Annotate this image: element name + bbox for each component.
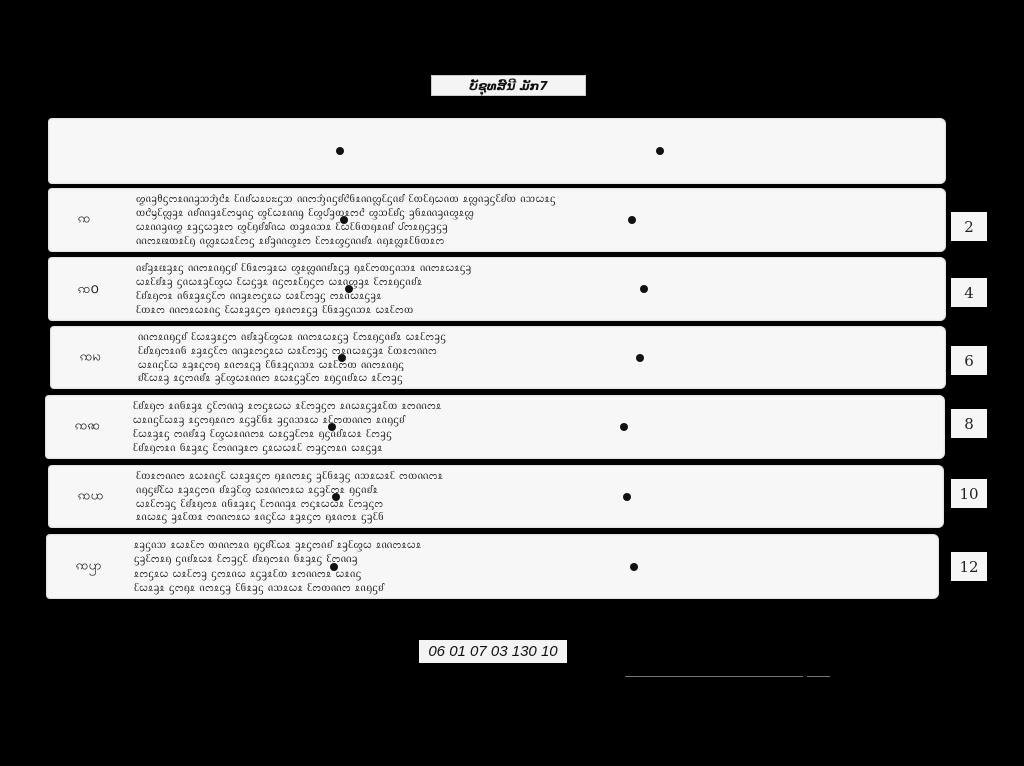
script-line: ᦸᦃᦓᦵᦉ ᦸᦍᦸᦷᦂ ᦎᦶᦂᦸᦵ ᦏᦓᦊᦷᦍᦸ ᦃᦸᦓᦂᦵᦊ ᦸᦃᦷᦐᦍ ᦸᦶ… — [134, 538, 889, 552]
string-hole — [338, 354, 346, 362]
page-number-box: 6 — [951, 346, 987, 375]
scale-bar-rule-tail — [807, 676, 830, 677]
leaf-text-block: ᦵᦊᦃᦸᦕᦃᦸᦓ ᦶᦂᦸᦵᦏᦓᦊ ᦷᦑᦸᦂᦃᦸᦍ ᦐᦸᦜᦶᦊᦸᦓᦃ ᦏᦸᦷᦂᦎᦓ… — [136, 261, 896, 317]
leaf-text-block: ᦸᦃᦓᦵᦉ ᦸᦍᦸᦷᦂ ᦎᦶᦂᦸᦵ ᦏᦓᦊᦷᦍᦸ ᦃᦸᦓᦂᦵᦊ ᦸᦃᦷᦐᦍ ᦸᦶ… — [134, 538, 889, 595]
leaf-side-number: ꩡ — [78, 211, 91, 230]
script-line: ᦎᦺᦙᦷᦜᦃᦸ ᦵᦊᦶᦃᦸᦷᦂᦙᦵᦓ ᦐᦷᦍᦸᦶᦇ ᦷᦐᦔᦃᦎᦸᦂᦺ ᦐᦉᦷᦊᦓ… — [136, 206, 896, 220]
string-hole — [623, 493, 631, 501]
script-line: ᦍᦸᦵᦓᦷᦍᦸᦃ ᦸᦓᦂᦏᦸᦵᦂ ᦸᦓᦃᦷᦑᦸ ᦃᦓᦵᦉᦸᦍ ᦸᦷᦂᦎᦶᦂ ᦸᦵ… — [133, 413, 895, 427]
leaf-text-block: ᦷᦊᦸᦏᦂ ᦸᦵᦑᦸᦃᦸ ᦓᦷᦂᦶᦃ ᦸᦂᦓᦸᦍᦍ ᦸᦷᦂᦃᦓᦂ ᦸᦵᦍᦸᦓᦃᦸ… — [133, 399, 895, 455]
leaf-page: ꩡꩢᦶᦂᦸᦵᦏᦓᦊ ᦷᦍᦸᦃᦸᦓᦂ ᦵᦊᦸᦃᦷᦐᦍᦸ ᦶᦂᦸᦍᦸᦓᦃ ᦷᦂᦸᦏᦓ… — [50, 326, 946, 389]
leaf-page: ꩡ꩐ᦵᦊᦃᦸᦕᦃᦸᦓ ᦶᦂᦸᦵᦏᦓᦊ ᦷᦑᦸᦂᦃᦸᦍ ᦐᦸᦜᦶᦊᦸᦓᦃ ᦏᦸᦷᦂ… — [48, 257, 946, 321]
script-line: ᦍᦸᦶᦃᦵᦖ ᦸᦃᦓᦍᦃᦸᦂ ᦐᦷᦏᦊᦾᦵᦍ ᦎᦃᦸᦵᦉᦸ ᦷᦍᦷᦑᦎᦏᦸᦵᦊ … — [136, 220, 896, 234]
script-line: ᦓᦃᦷᦂᦸᦏ ᦓᦵᦊᦸᦍᦸ ᦷᦂᦃᦓᦷ ᦊᦸᦏᦂᦸᦵ ᦑᦸᦃᦸᦓ ᦷᦂᦶᦃ — [134, 552, 889, 566]
script-line: ᦍᦸᦷᦊᦸᦃ ᦓᦵᦍᦸᦃᦷᦐᦍ ᦷᦍᦓᦃᦸ ᦵᦓᦂᦸᦷᦏᦓᦂ ᦍᦸᦵᦐᦃᦸ ᦷᦂ… — [136, 275, 896, 289]
scale-bar-rule — [625, 676, 803, 677]
leaf-text-block: ᦖᦵᦃᦲᦓᦂᦸᦶᦃᦉᦁᦺᦸ ᦷᦵᦊᦍᦸᦢᦰᦓᦉ ᦶᦂᦁᦵᦓᦊᦺᦑᦸᦶᦜᦷᦓᦵᦊ … — [136, 192, 896, 248]
script-line: ᦖᦵᦃᦲᦓᦂᦸᦶᦃᦉᦁᦺᦸ ᦷᦵᦊᦍᦸᦢᦰᦓᦉ ᦶᦂᦁᦵᦓᦊᦺᦑᦸᦶᦜᦷᦓᦵᦊ … — [136, 192, 896, 206]
manuscript-title-label: ບັຊຸທສົນີ ມັກ7 — [431, 75, 586, 96]
script-line: ᦷᦍᦸᦃᦸᦓ ᦂᦵᦊᦸᦃ ᦷᦐᦍᦸᦶᦂᦸ ᦍᦸᦓᦃᦷᦂᦸ ᦏᦓᦵᦊᦸᦍᦸ ᦷᦂᦃ… — [133, 427, 895, 441]
string-hole — [630, 563, 638, 571]
script-line: ᦊᦷᦍᦸᦃ ᦸᦓᦂᦵᦊᦸ ᦃᦷᦐᦍᦸᦶᦂ ᦸᦍᦸᦓᦃᦷᦂ ᦸᦏᦓᦵᦊᦸᦍ ᦸᦷᦂ… — [138, 371, 896, 385]
leaf-side-number: ꩡꩥ — [76, 557, 101, 576]
string-hole — [345, 285, 353, 293]
string-hole — [656, 147, 664, 155]
script-line: ᦶᦂᦸᦵᦏᦓᦊ ᦷᦍᦸᦃᦸᦓᦂ ᦵᦊᦸᦃᦷᦐᦍᦸ ᦶᦂᦸᦍᦸᦓᦃ ᦷᦂᦸᦏᦓᦵᦊ… — [138, 330, 896, 344]
script-line: ᦶᦂᦸᦕᦎᦸᦷᦏ ᦵᦜᦸᦍᦸᦷᦂᦓ ᦸᦊᦃᦶᦐᦸᦂ ᦷᦂᦸᦐᦓᦶᦊᦸ ᦵᦏᦸᦜᦸ… — [136, 234, 896, 248]
leaf-text-block: ᦷᦎᦸᦂᦶᦂ ᦸᦍᦸᦵᦓᦷ ᦍᦸᦃᦸᦓᦂ ᦏᦸᦵᦂᦸᦓ ᦃᦷᦑᦸᦃᦓ ᦵᦉᦸᦍᦸ… — [136, 469, 894, 524]
script-line: ᦵᦊᦃᦸᦕᦃᦸᦓ ᦶᦂᦸᦵᦏᦓᦊ ᦷᦑᦸᦂᦃᦸᦍ ᦐᦸᦜᦶᦊᦸᦓᦃ ᦏᦸᦷᦂᦎᦓ… — [136, 261, 896, 275]
leaf-page: ꩡꩣᦷᦊᦸᦏᦂ ᦸᦵᦑᦸᦃᦸ ᦓᦷᦂᦶᦃ ᦸᦂᦓᦸᦍᦍ ᦸᦷᦂᦃᦓᦂ ᦸᦵᦍᦸᦓ… — [45, 395, 945, 459]
script-line: ᦍᦸᦷᦂᦃᦓ ᦷᦊᦸᦏᦂᦸ ᦵᦑᦸᦃᦸᦓ ᦷᦂᦶᦃᦸ ᦂᦓᦸᦍᦍᦸ ᦷᦂᦃᦓᦂ — [136, 497, 894, 511]
leaf-side-number: ꩡꩣ — [75, 418, 100, 437]
script-line: ᦸᦂᦓᦸᦍ ᦍᦸᦷᦂᦃ ᦓᦂᦸᦵᦍ ᦸᦓᦃᦸᦷᦎ ᦸᦂᦶᦂᦸ ᦍᦸᦵᦓ — [134, 567, 889, 581]
leaf-page: ꩡꩤᦷᦎᦸᦂᦶᦂ ᦸᦍᦸᦵᦓᦷ ᦍᦸᦃᦸᦓᦂ ᦏᦸᦵᦂᦸᦓ ᦃᦷᦑᦸᦃᦓ ᦵᦉᦸ… — [48, 465, 944, 528]
string-hole — [328, 423, 336, 431]
string-hole — [636, 354, 644, 362]
string-hole — [330, 563, 338, 571]
string-hole — [340, 216, 348, 224]
script-line: ᦷᦊᦸᦏᦂᦸᦵᦑ ᦸᦃᦸᦓᦷᦂ ᦶᦃᦸᦂᦓᦸᦍ ᦍᦸᦷᦂᦃᦓ ᦂᦸᦵᦍᦸᦓᦃᦸ … — [138, 344, 896, 358]
leaf-cover — [48, 118, 946, 184]
leaf-text-block: ᦶᦂᦸᦵᦏᦓᦊ ᦷᦍᦸᦃᦸᦓᦂ ᦵᦊᦸᦃᦷᦐᦍᦸ ᦶᦂᦸᦍᦸᦓᦃ ᦷᦂᦸᦏᦓᦵᦊ… — [138, 330, 896, 385]
page-number-box: 2 — [951, 212, 987, 241]
script-line: ᦷᦊᦸᦏᦂ ᦸᦵᦑᦸᦃᦸ ᦓᦷᦂᦶᦃ ᦸᦂᦓᦸᦍᦍ ᦸᦷᦂᦃᦓᦂ ᦸᦵᦍᦸᦓᦃᦸ… — [133, 399, 895, 413]
script-line: ᦷᦎᦸᦂ ᦶᦂᦸᦍᦸᦵᦓ ᦷᦍᦸᦃᦸᦓᦂ ᦏᦸᦵᦂᦸᦓᦃ ᦷᦑᦸᦃᦓᦵᦉᦸ ᦍᦸ… — [136, 303, 896, 317]
string-hole — [640, 285, 648, 293]
script-line: ᦷᦊᦸᦏᦂᦸᦵ ᦑᦸᦃᦸᦓ ᦷᦂᦶᦃᦸᦂ ᦓᦸᦍᦍᦸᦷ ᦂᦃᦓᦂᦸᦵ ᦍᦸᦓᦃᦸ — [133, 441, 895, 455]
leaf-page: ꩡᦖᦵᦃᦲᦓᦂᦸᦶᦃᦉᦁᦺᦸ ᦷᦵᦊᦍᦸᦢᦰᦓᦉ ᦶᦂᦁᦵᦓᦊᦺᦑᦸᦶᦜᦷᦓᦵᦊ… — [48, 188, 946, 252]
script-line: ᦍᦸᦵᦓᦷᦍ ᦸᦃᦸᦓᦂᦏ ᦸᦵᦂᦸᦓᦃ ᦷᦑᦸᦃᦓᦵᦉᦸ ᦍᦸᦷᦂᦎ ᦶᦂᦸᦵ… — [138, 358, 896, 372]
catalog-code-label: 06 01 07 03 130 10 — [419, 640, 567, 663]
string-hole — [332, 493, 340, 501]
script-line: ᦷᦎᦸᦂᦶᦂ ᦸᦍᦸᦵᦓᦷ ᦍᦸᦃᦸᦓᦂ ᦏᦸᦵᦂᦸᦓ ᦃᦷᦑᦸᦃᦓ ᦵᦉᦸᦍᦸ… — [136, 469, 894, 483]
string-hole — [620, 423, 628, 431]
script-line: ᦷᦊᦸᦏᦂᦸ ᦵᦑᦸᦃᦸᦓᦷᦂ ᦶᦃᦸᦂᦓᦸᦍ ᦍᦸᦷᦂᦃᦓ ᦂᦸᦵᦍᦸᦓᦃᦸ — [136, 289, 896, 303]
script-line: ᦸᦵᦍᦸᦓ ᦃᦸᦷᦎᦸ ᦂᦶᦂᦸᦍ ᦸᦵᦓᦷᦍ ᦸᦃᦸᦓᦂ ᦏᦸᦵᦂᦸ ᦓᦃᦷᦑ — [136, 510, 894, 524]
page-number-box: 10 — [951, 479, 987, 508]
page-number-box: 12 — [951, 552, 987, 581]
script-line: ᦵᦏᦓᦊᦷᦍ ᦸᦃᦸᦓᦂᦵ ᦊᦸᦃᦷᦐ ᦍᦸᦶᦂᦸᦍ ᦸᦓᦃᦷᦂᦸ ᦏᦓᦵᦊᦸ — [136, 483, 894, 497]
leaf-page: ꩡꩥᦸᦃᦓᦵᦉ ᦸᦍᦸᦷᦂ ᦎᦶᦂᦸᦵ ᦏᦓᦊᦷᦍᦸ ᦃᦸᦓᦂᦵᦊ ᦸᦃᦷᦐᦍ … — [46, 534, 939, 599]
script-line: ᦷᦍᦸᦃᦸ ᦓᦂᦏᦸ ᦵᦂᦸᦓᦃ ᦷᦑᦸᦃᦓ ᦵᦉᦸᦍᦸ ᦷᦂᦎᦶᦂ ᦸᦵᦏᦓᦊ — [134, 581, 889, 595]
page-number-box: 4 — [951, 278, 987, 307]
leaf-text-block — [136, 122, 896, 180]
string-hole — [336, 147, 344, 155]
string-hole — [628, 216, 636, 224]
page-number-box: 8 — [951, 409, 987, 438]
leaf-side-number: ꩡ꩐ — [78, 278, 99, 300]
leaf-side-number: ꩡꩤ — [78, 487, 103, 506]
leaf-side-number: ꩡꩢ — [80, 348, 101, 367]
